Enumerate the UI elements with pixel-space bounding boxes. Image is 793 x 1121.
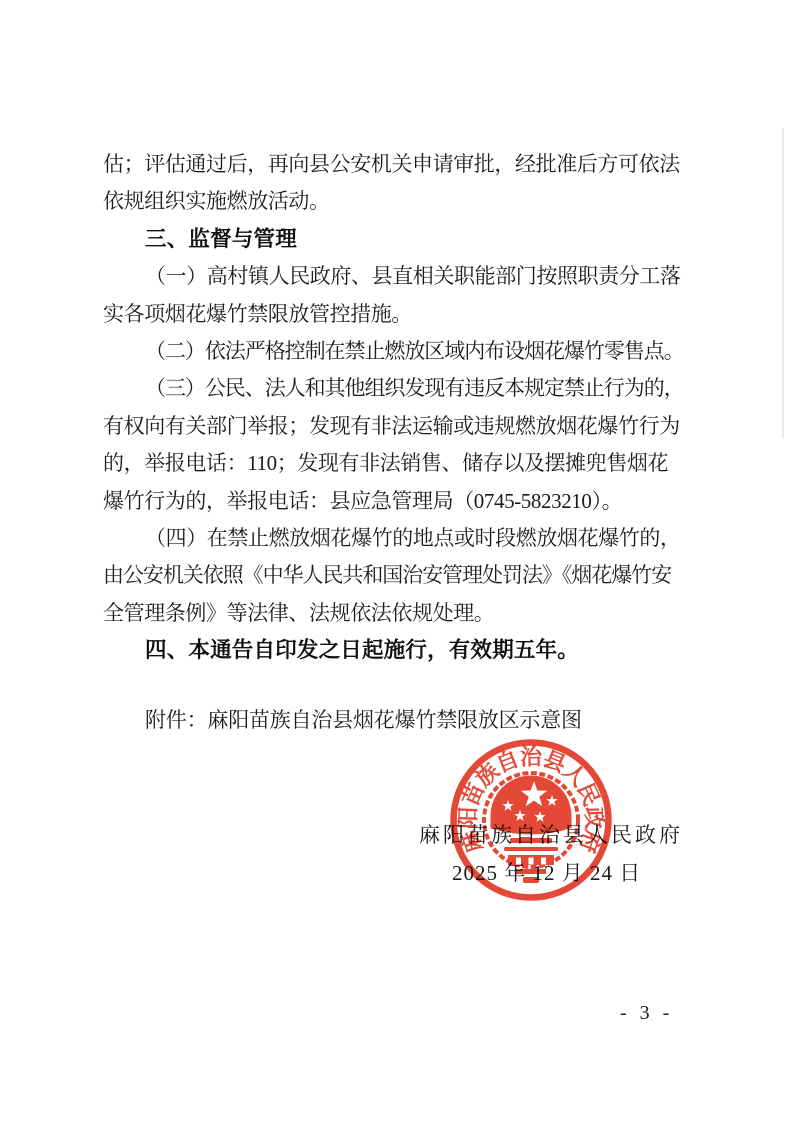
national-emblem-icon (484, 773, 578, 883)
body-line: 实各项烟花爆竹禁限放管控措施。 (103, 296, 685, 333)
body-line: 的，举报电话：110；发现有非法销售、储存以及摆摊兜售烟花 (103, 445, 685, 482)
body-line: （三）公民、法人和其他组织发现有违反本规定禁止行为的， (103, 370, 685, 407)
body-line: （二）依法严格控制在禁止燃放区域内布设烟花爆竹零售点。 (103, 333, 685, 370)
body-line: （四）在禁止燃放烟花爆竹的地点或时段燃放烟花爆竹的， (103, 520, 685, 557)
body-line: 估；评估通过后，再向县公安机关申请审批，经批准后方可依法 (103, 146, 685, 183)
body-line: 有权向有关部门举报；发现有非法运输或违规燃放烟花爆竹行为 (103, 408, 685, 445)
body-line: 全管理条例》等法律、法规依法依规处理。 (103, 595, 685, 632)
svg-text:政: 政 (581, 806, 607, 829)
notice-body: 估；评估通过后，再向县公安机关申请审批，经批准后方可依法 依规组织实施燃放活动。… (103, 146, 685, 670)
section-heading-3: 三、监督与管理 (103, 221, 685, 258)
body-line: 依规组织实施燃放活动。 (103, 183, 685, 220)
official-seal: 麻阳苗族自治县人民政府 (431, 720, 631, 920)
document-page: 估；评估通过后，再向县公安机关申请审批，经批准后方可依法 依规组织实施燃放活动。… (0, 0, 793, 1121)
svg-text:阳: 阳 (455, 806, 481, 829)
scan-artifact (782, 128, 784, 438)
body-line: （一）高村镇人民政府、县直相关职能部门按照职责分工落 (103, 258, 685, 295)
body-line: 爆竹行为的，举报电话：县应急管理局（0745-5823210）。 (103, 483, 685, 520)
page-number: - 3 - (620, 1002, 673, 1025)
svg-text:治: 治 (520, 745, 543, 770)
body-line: 由公安机关依照《中华人民共和国治安管理处罚法》《烟花爆竹安 (103, 557, 685, 594)
section-heading-4: 四、本通告自印发之日起施行，有效期五年。 (103, 632, 685, 669)
